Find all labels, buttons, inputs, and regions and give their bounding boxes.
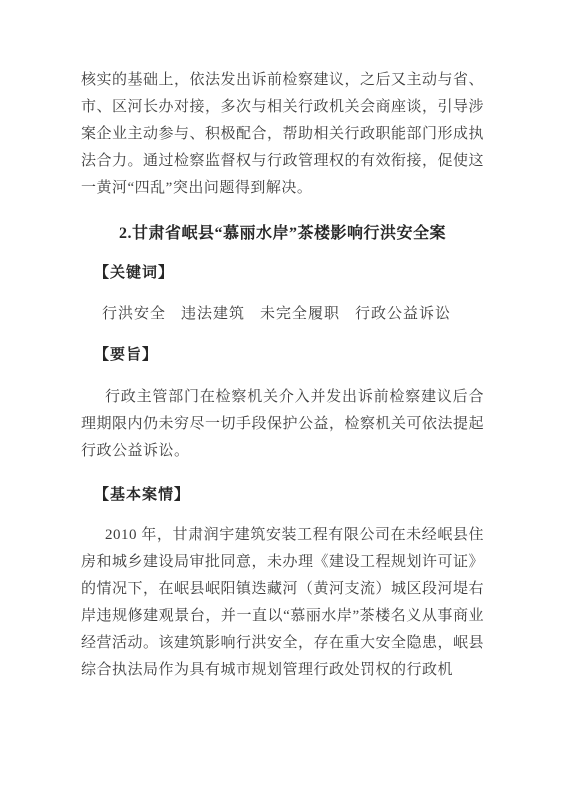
document-content: 核实的基础上，依法发出诉前检察建议，之后又主动与省、市、区河长办对接，多次与相关…	[81, 0, 484, 684]
keyword-item: 行洪安全	[102, 301, 166, 328]
paragraph-continuation: 核实的基础上，依法发出诉前检察建议，之后又主动与省、市、区河长办对接，多次与相关…	[81, 67, 484, 202]
keywords-row: 行洪安全 违法建筑 未完全履职 行政公益诉讼	[81, 301, 484, 328]
keyword-item: 违法建筑	[181, 301, 245, 328]
document-page: 核实的基础上，依法发出诉前检察建议，之后又主动与省、市、区河长办对接，多次与相关…	[0, 0, 565, 800]
paragraph-gist: 行政主管部门在检察机关介入并发出诉前检察建议后合理期限内仍未穷尽一切手段保护公益…	[81, 384, 484, 465]
case-title: 2.甘肃省岷县“慕丽水岸”茶楼影响行洪安全案	[81, 220, 484, 247]
section-label-keywords: 【关键词】	[81, 260, 484, 287]
paragraph-facts: 2010 年，甘肃润宇建筑安装工程有限公司在未经岷县住房和城乡建设局审批同意，未…	[81, 522, 484, 684]
keyword-item: 未完全履职	[260, 301, 340, 328]
section-label-facts: 【基本案情】	[81, 482, 484, 509]
section-label-gist: 【要旨】	[81, 342, 484, 369]
keyword-item: 行政公益诉讼	[355, 301, 451, 328]
